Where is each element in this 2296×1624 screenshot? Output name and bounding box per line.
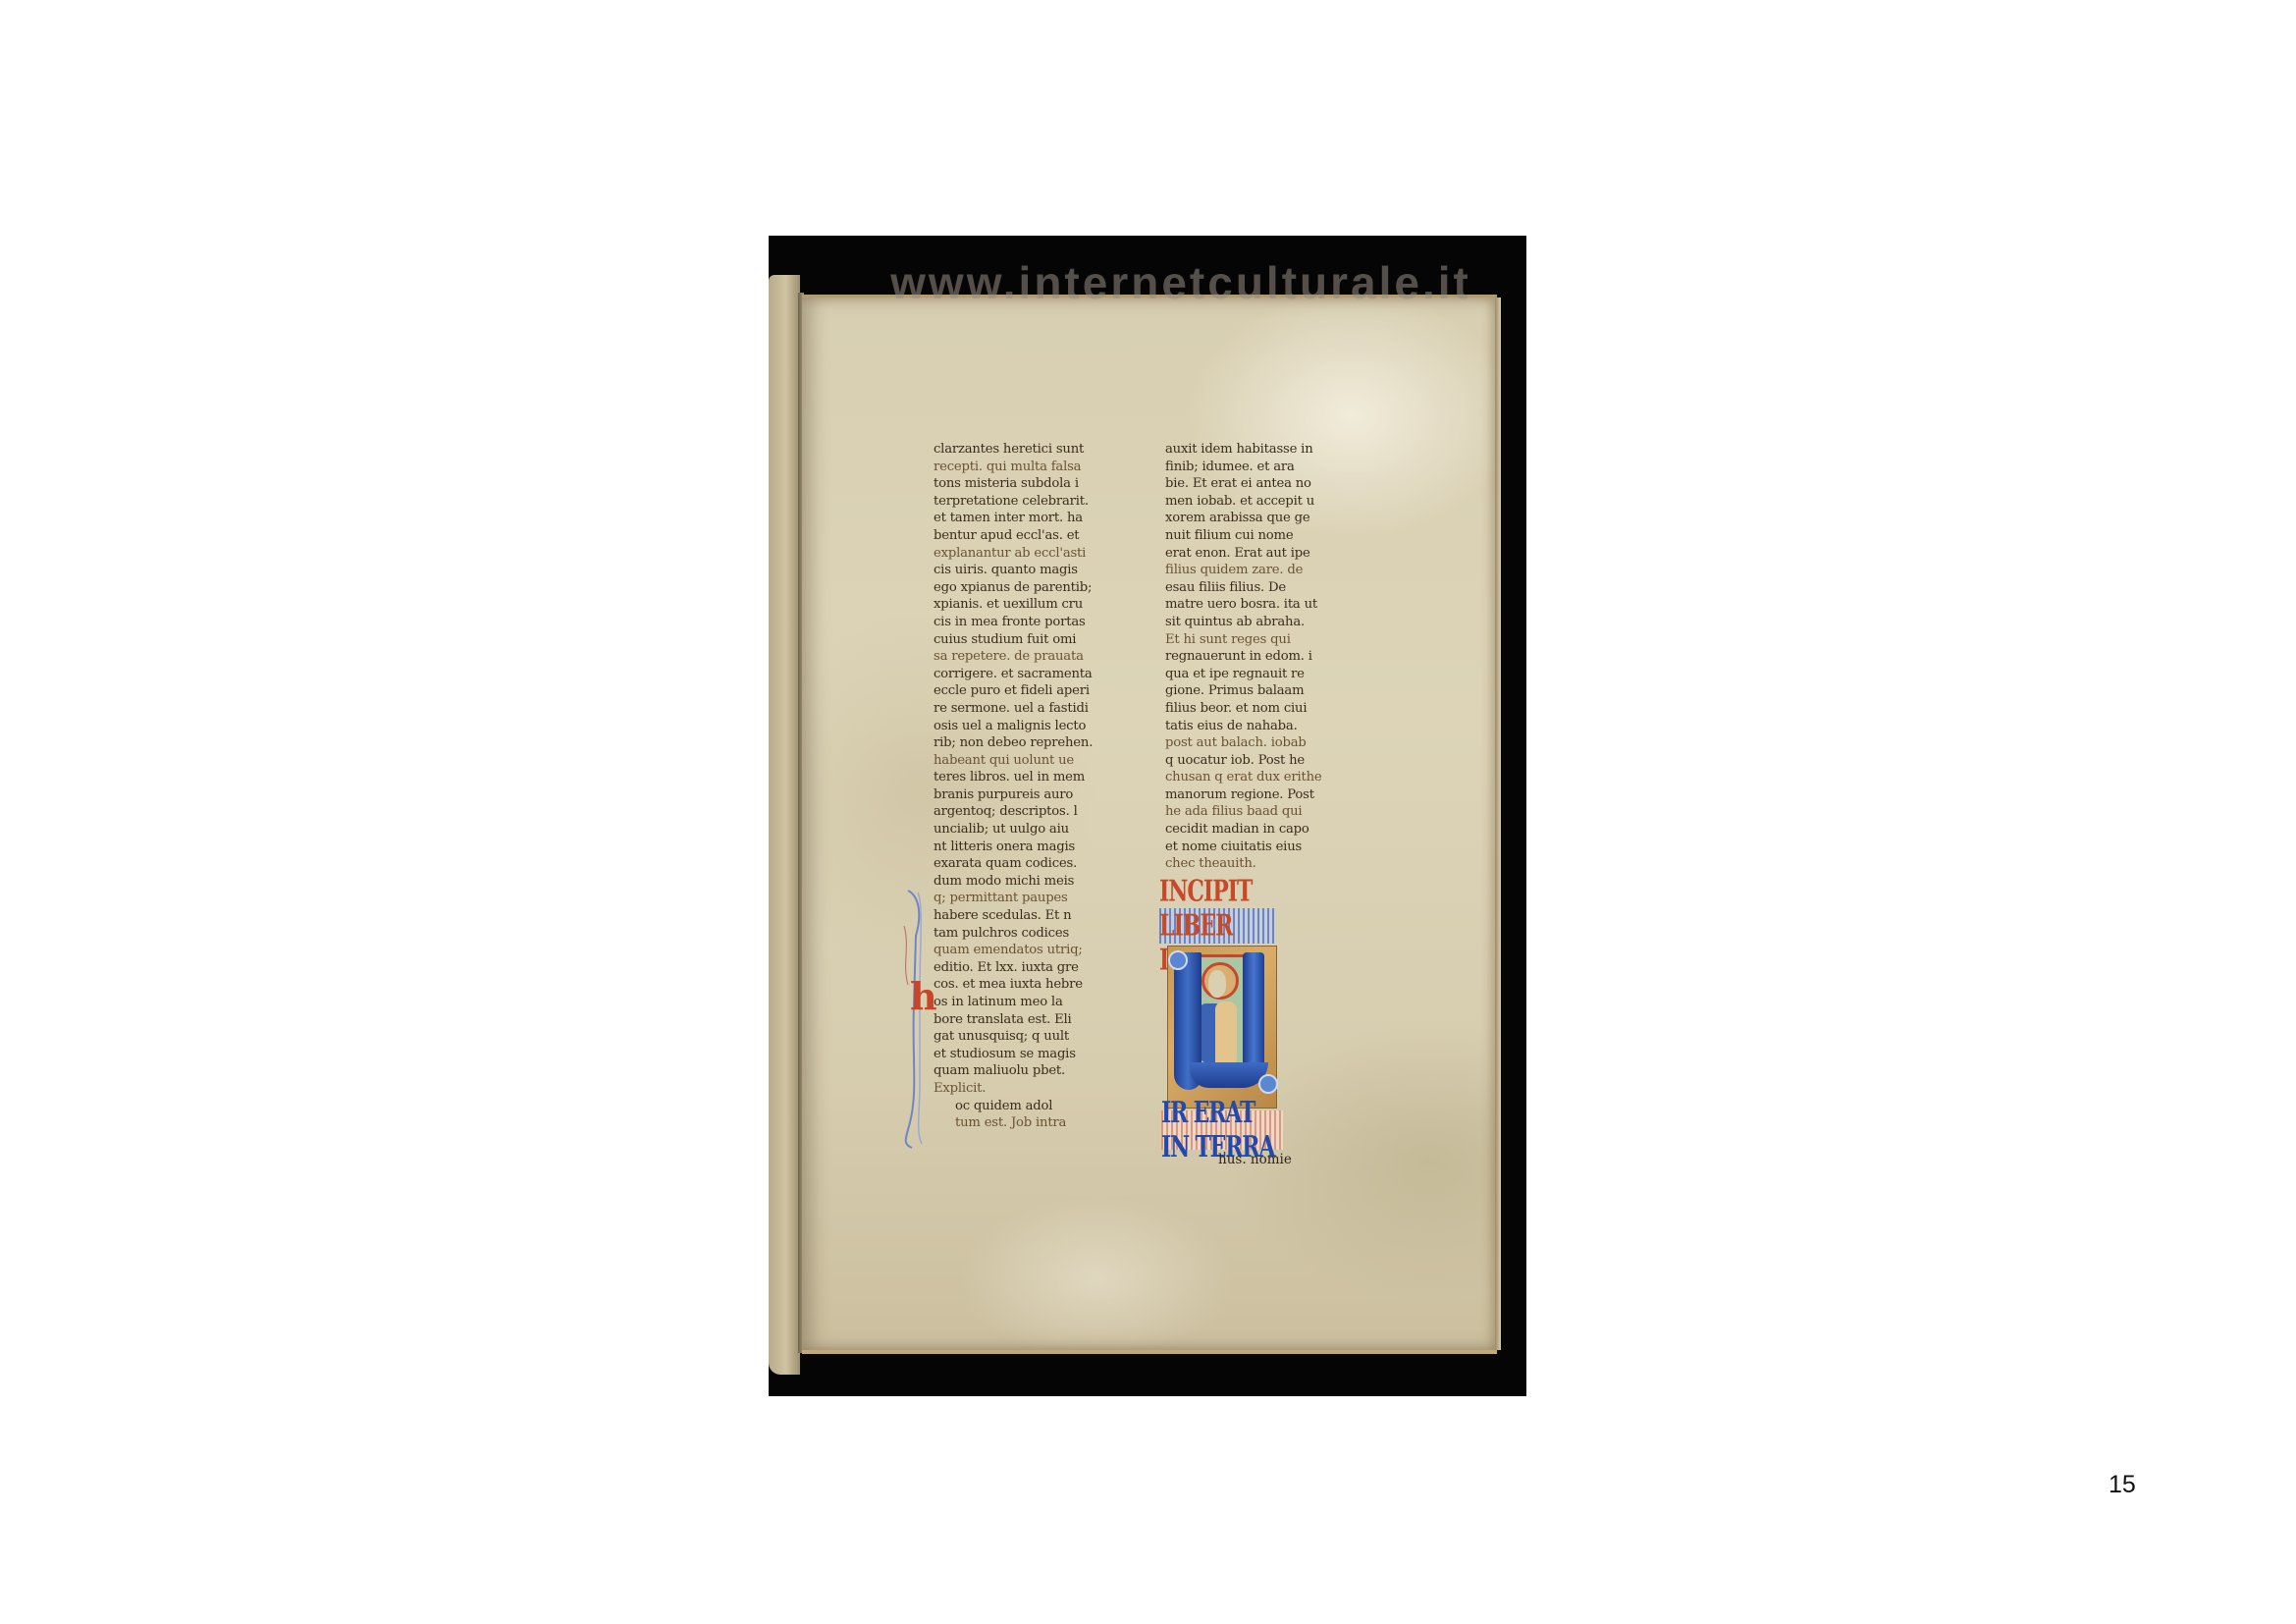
text-line: clarzantes heretici sunt [934,441,1093,459]
text-line: regnauerunt in edom. i [1165,648,1321,666]
figure-robe-tan [1215,1001,1237,1070]
text-line: habeant qui uolunt ue [934,752,1093,770]
text-line: qua et ipe regnauit re [1165,666,1321,683]
manuscript-photo: clarzantes heretici sunt recepti. qui mu… [769,236,1526,1396]
text-line: sit quintus ab abraha. [1165,614,1321,631]
text-line: matre uero bosra. ita ut [1165,596,1321,614]
text-line: finib; idumee. et ara [1165,459,1321,476]
text-line: bore translata est. Eli [934,1011,1093,1029]
text-line: argentoq; descriptos. l [934,803,1093,821]
text-line: bie. Et erat ei antea no [1165,475,1321,493]
text-line: terpretatione celebrarit. [934,493,1093,511]
text-line: cis in mea fronte portas [934,614,1093,631]
text-line: chec theauith. [1165,855,1321,873]
text-line: teres libros. uel in mem [934,769,1093,786]
text-line: tam pulchros codices [934,925,1093,943]
text-line: cecidit madian in capo [1165,821,1321,839]
text-line: editio. Et lxx. iuxta gre [934,959,1093,977]
text-line: corrigere. et sacramenta [934,666,1093,683]
text-line: re sermone. uel a fastidi [934,700,1093,718]
text-line: bentur apud eccl'as. et [934,527,1093,545]
text-line: quam maliuolu pbet. [934,1062,1093,1080]
text-line: post aut balach. iobab [1165,734,1321,752]
text-line: uncialib; ut uulgo aiu [934,821,1093,839]
text-line: osis uel a malignis lecto [934,718,1093,735]
text-line: et tamen inter mort. ha [934,510,1093,527]
text-line: Explicit. [934,1080,1093,1098]
text-line: manorum regione. Post [1165,786,1321,804]
text-line: cis uiris. quanto magis [934,562,1093,579]
initial-stroke-bottom [1190,1062,1268,1088]
text-line: branis purpureis auro [934,786,1093,804]
text-line: tons misteria subdola i [934,475,1093,493]
text-line: he ada filius baad qui [1165,803,1321,821]
illuminated-initial-v [1167,946,1277,1109]
verso-page-edge [769,275,800,1375]
pen-flourish-icon [900,887,928,1152]
text-line: auxit idem habitasse in [1165,441,1321,459]
text-line: Et hi sunt reges qui [1165,631,1321,649]
text-line: oc quidem adol [934,1098,1093,1115]
initial-stroke-right [1243,952,1264,1080]
curl-ornament-icon [1168,950,1188,970]
text-line: exarata quam codices. [934,855,1093,873]
text-line: q uocatur iob. Post he [1165,752,1321,770]
text-line: quam emendatos utriq; [934,942,1093,959]
text-line: men iobab. et accepit u [1165,493,1321,511]
text-line: os in latinum meo la [934,994,1093,1011]
text-line: habere scedulas. Et n [934,907,1093,925]
opening-words-heading: IR ERAT IN TERRA [1161,1110,1283,1150]
watermark: www.internetculturale.it [802,256,1560,309]
manuscript-leaf: clarzantes heretici sunt recepti. qui mu… [802,295,1497,1354]
red-initial-h: h [910,977,937,1016]
text-line: filius beor. et nom ciui [1165,700,1321,718]
text-line: eccle puro et fideli aperi [934,682,1093,700]
page-number: 15 [2109,1471,2136,1499]
text-line: explanantur ab eccl'asti [934,545,1093,563]
text-column-right: auxit idem habitasse in finib; idumee. e… [1165,441,1321,873]
text-line: xorem arabissa que ge [1165,510,1321,527]
text-line: dum modo michi meis [934,873,1093,891]
text-line: recepti. qui multa falsa [934,459,1093,476]
text-line: cos. et mea iuxta hebre [934,976,1093,994]
text-line: tum est. Job intra [934,1114,1093,1132]
text-line: tatis eius de nahaba. [1165,718,1321,735]
text-line: ego xpianus de parentib; [934,579,1093,597]
continuation-text: hus. nomie [1218,1152,1292,1167]
text-line: q; permittant paupes [934,890,1093,907]
text-line: gione. Primus balaam [1165,682,1321,700]
text-line: nuit filium cui nome [1165,527,1321,545]
text-line: filius quidem zare. de [1165,562,1321,579]
text-line: esau filiis filius. De [1165,579,1321,597]
text-column-left: clarzantes heretici sunt recepti. qui mu… [934,441,1093,1132]
text-line: erat enon. Erat aut ipe [1165,545,1321,563]
page-fore-edge [1495,298,1501,1350]
text-line: et nome ciuitatis eius [1165,839,1321,856]
figure-face [1208,970,1226,998]
text-line: cuius studium fuit omi [934,631,1093,649]
curl-ornament-icon [1258,1074,1278,1094]
text-line: chusan q erat dux erithe [1165,769,1321,786]
text-line: nt litteris onera magis [934,839,1093,856]
text-line: gat unusquisq; q uult [934,1028,1093,1046]
text-line: rib; non debeo reprehen. [934,734,1093,752]
text-line: xpianis. et uexillum cru [934,596,1093,614]
text-line: sa repetere. de prauata [934,648,1093,666]
rubric-heading: INCIPIT LIBER IOB [1159,908,1275,944]
text-line: et studiosum se magis [934,1046,1093,1063]
